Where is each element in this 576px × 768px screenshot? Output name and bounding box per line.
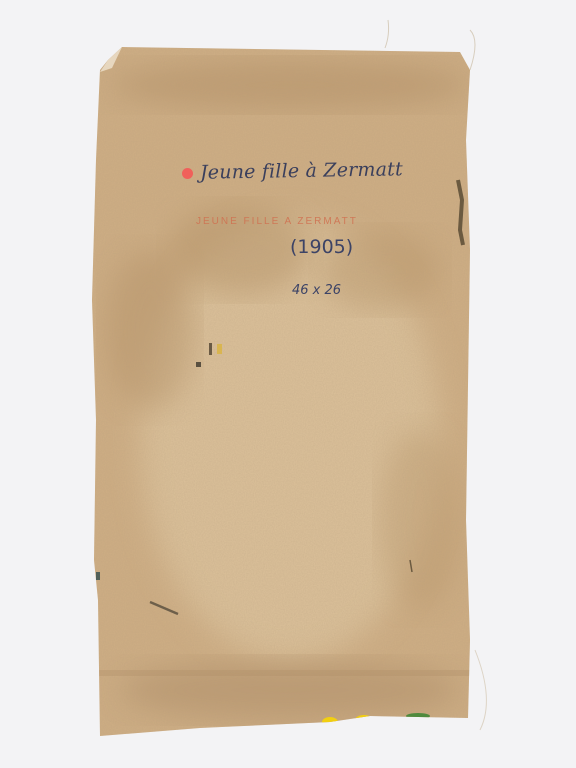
canvas-back — [0, 0, 576, 768]
stamped-title: JEUNE FILLE A ZERMATT — [196, 216, 358, 227]
handwritten-title: Jeune fille à Zermatt — [200, 158, 403, 184]
handwritten-dimensions: 46 x 26 — [292, 283, 341, 298]
photo-scene: Jeune fille à Zermatt JEUNE FILLE A ZERM… — [0, 0, 576, 768]
red-dot-marker — [182, 168, 193, 179]
handwritten-year: (1905) — [290, 236, 353, 258]
